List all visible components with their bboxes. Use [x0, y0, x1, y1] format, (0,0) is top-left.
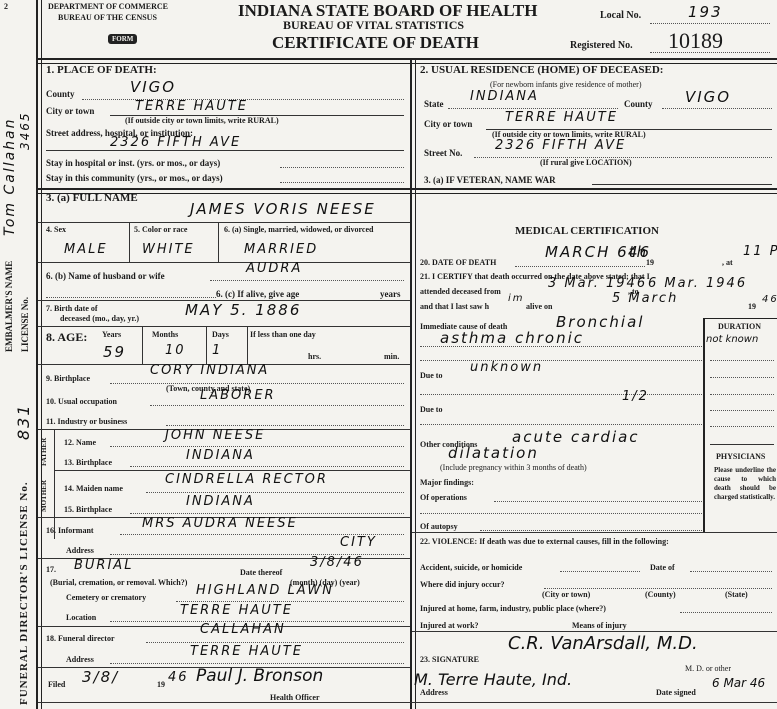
informant-label: 16. Informant [46, 526, 94, 535]
left-border [36, 0, 42, 709]
attended-label: attended deceased from [420, 287, 501, 296]
local-no-value: 193 [688, 3, 723, 21]
form-seal: FORM [108, 34, 137, 44]
disposition-date-value: 3/8/46 [310, 555, 364, 570]
injured-at-work-label: Injured at work? [420, 621, 479, 630]
age-label: 8. AGE: [46, 330, 87, 345]
where-state-note: (State) [725, 590, 748, 599]
funeral-director-label: 18. Funeral director [46, 634, 115, 643]
residence-county-label: County [624, 99, 653, 109]
years-label: years [380, 289, 401, 299]
father-birthplace-value: INDIANA [186, 448, 255, 463]
residence-city-value: TERRE HAUTE [505, 110, 618, 125]
full-name-value: JAMES VORIS NEESE [190, 200, 376, 218]
embalmer-license-label: LICENSE No. [20, 297, 30, 352]
due-to-label-1: Due to [420, 371, 442, 380]
birthplace-value: CORY INDIANA [150, 363, 269, 378]
physicians-note: Please underline the cause to which deat… [714, 466, 776, 502]
embalmer-license-value: 3465 [18, 111, 32, 150]
immediate-cause-value-2: asthma chronic [440, 329, 584, 347]
birth-date-label-2: deceased (mo., day, yr.) [60, 314, 139, 323]
physician-address-value: M. Terre Haute, Ind. [414, 670, 572, 689]
disposition-date-label: Date thereof [240, 568, 282, 577]
title-bureau: BUREAU OF VITAL STATISTICS [283, 18, 464, 33]
date-signed-value: 6 Mar 46 [712, 676, 765, 690]
filed-year-prefix: 19 [157, 680, 165, 689]
informant-address-label: Address [66, 546, 94, 555]
last-saw-label: and that I last saw h [420, 302, 489, 311]
age-years-value: 59 [103, 343, 126, 361]
sex-value: MALE [64, 242, 108, 257]
marital-label: 6. (a) Single, married, widowed, or divo… [224, 225, 404, 234]
mother-side-label: MOTHER [40, 480, 48, 512]
death-year-value: 46 [628, 243, 651, 261]
age-months-value: 10 [165, 343, 186, 358]
age-months-label: Months [152, 330, 178, 339]
industry-label: 11. Industry or business [46, 417, 127, 426]
location-value: TERRE HAUTE [180, 603, 293, 618]
disposition-type-note: (Burial, cremation, or removal. Which?) [50, 578, 187, 587]
embalmer-name-value: Tom Callahan [2, 117, 18, 236]
physician-address-label: Address [420, 688, 448, 697]
age-days-label: Days [212, 330, 229, 339]
cemetery-label: Cemetery or crematory [66, 593, 146, 602]
sex-label: 4. Sex [46, 225, 66, 234]
spouse-age-label: 6. (c) If alive, give age [216, 289, 299, 299]
operations-label: Of operations [420, 493, 467, 502]
residence-street-note: (If rural give LOCATION) [540, 158, 632, 167]
injured-at-label: Injured at home, farm, industry, public … [420, 604, 606, 613]
last-saw-value: 5 March [612, 291, 678, 306]
embalmer-name-label: EMBALMER'S NAME [4, 261, 14, 352]
physicians-header: PHYSICIANS [716, 452, 765, 461]
last-saw-year-value: 46 [762, 294, 777, 305]
location-label: Location [66, 613, 96, 622]
duration-header: DURATION [718, 322, 761, 331]
due-to-value-2: 1/2 [622, 389, 649, 404]
funeral-director-address-label: Address [66, 655, 94, 664]
stay-hospital-label: Stay in hospital or inst. (yrs. or mos.,… [46, 158, 220, 168]
residence-state-value: INDIANA [470, 89, 539, 104]
where-injury-label: Where did injury occur? [420, 580, 505, 589]
other-conditions-note: (Include pregnancy within 3 months of de… [440, 463, 587, 472]
duration-value: not known [706, 334, 758, 345]
where-county-note: (County) [645, 590, 676, 599]
where-city-note: (City or town) [542, 590, 590, 599]
other-conditions-value-2: dilatation [448, 444, 539, 462]
informant-value: MRS AUDRA NEESE [142, 516, 298, 531]
residence-heading: 2. USUAL RESIDENCE (HOME) OF DECEASED: [420, 64, 663, 76]
center-divider [410, 60, 416, 709]
filed-label: Filed [48, 680, 65, 689]
age-days-value: 1 [212, 343, 222, 358]
due-to-value-1: unknown [470, 360, 543, 375]
spouse-label: 6. (b) Name of husband or wife [46, 271, 165, 281]
corner-mark: 2 [4, 2, 8, 11]
registered-no-value: 10189 [668, 28, 723, 54]
filed-year-value: 46 [168, 670, 189, 685]
local-no-label: Local No. [600, 10, 641, 21]
death-street-value: 2326 FIFTH AVE [110, 135, 241, 150]
mother-birthplace-value: INDIANA [186, 494, 255, 509]
birthplace-label: 9. Birthplace [46, 374, 90, 383]
date-of-death-label: 20. DATE OF DEATH [420, 258, 496, 267]
age-years-label: Years [102, 330, 121, 339]
mother-name-value: CINDRELLA RECTOR [165, 472, 328, 487]
death-city-value: TERRE HAUTE [135, 99, 248, 114]
residence-city-label: City or town [424, 119, 472, 129]
min-label: min. [384, 352, 399, 361]
veteran-label: 3. (a) IF VETERAN, NAME WAR [424, 175, 556, 185]
signature-label: 23. SIGNATURE [420, 655, 479, 664]
violence-label: 22. VIOLENCE: If death was due to extern… [420, 537, 760, 546]
dept-line-2: BUREAU OF THE CENSUS [58, 13, 157, 22]
title-certificate: CERTIFICATE OF DEATH [272, 33, 479, 53]
funeral-director-address-value: TERRE HAUTE [190, 644, 303, 659]
means-of-injury-label: Means of injury [572, 621, 627, 630]
residence-state-label: State [424, 99, 444, 109]
marital-value: MARRIED [244, 242, 318, 257]
residence-county-value: VIGO [685, 88, 731, 106]
occupation-label: 10. Usual occupation [46, 397, 117, 406]
stay-community-label: Stay in this community (yrs., or mos., o… [46, 173, 223, 183]
accident-label: Accident, suicide, or homicide [420, 563, 522, 572]
race-value: WHITE [142, 242, 195, 257]
place-of-death-heading: 1. PLACE OF DEATH: [46, 64, 157, 76]
attended-to-value: 6 Mar. 1946 [648, 276, 747, 291]
filed-value: 3/8/ [82, 668, 119, 686]
spouse-value: AUDRA [246, 261, 302, 276]
physician-signature: C.R. VanArsdall, M.D. [508, 633, 698, 654]
alive-on-label: alive on [526, 302, 552, 311]
funeral-director-license-value: 831 [14, 403, 33, 440]
date-signed-label: Date signed [656, 688, 696, 697]
death-county-value: VIGO [130, 78, 176, 96]
disposition-type-value: BURIAL [74, 558, 133, 573]
disposition-number: 17. [46, 565, 56, 574]
last-saw-pronoun: im [508, 293, 525, 304]
medical-heading: MEDICAL CERTIFICATION [515, 225, 659, 237]
occupation-value: LABORER [200, 388, 276, 403]
health-officer-signature: Paul J. Bronson [196, 666, 323, 686]
birth-date-value: MAY 5. 1886 [185, 301, 301, 319]
registered-no-label: Registered No. [570, 40, 633, 51]
md-or-other-label: M. D. or other [685, 664, 731, 673]
residence-note: (For newborn infants give residence of m… [490, 80, 642, 89]
funeral-director-value: CALLAHAN [200, 622, 286, 637]
time-of-death-value: 11 P [743, 244, 777, 259]
death-county-label: County [46, 89, 75, 99]
father-birthplace-label: 13. Birthplace [64, 458, 112, 467]
mother-birthplace-label: 15. Birthplace [64, 505, 112, 514]
due-to-label-2: Due to [420, 405, 442, 414]
informant-address-value: CITY [340, 535, 377, 550]
death-city-label: City or town [46, 106, 94, 116]
dept-line-1: DEPARTMENT OF COMMERCE [48, 2, 168, 11]
mother-name-label: 14. Maiden name [64, 484, 123, 493]
hrs-label: hrs. [308, 352, 321, 361]
father-name-label: 12. Name [64, 438, 96, 447]
residence-street-value: 2326 FIFTH AVE [495, 138, 626, 153]
last-saw-year-prefix: 19 [748, 302, 756, 311]
death-city-note: (If outside city or town limits, write R… [125, 116, 279, 125]
father-side-label: FATHER [40, 438, 48, 466]
funeral-director-license-label: FUNERAL DIRECTOR'S LICENSE No. [18, 481, 30, 705]
health-officer-label: Health Officer [270, 693, 320, 702]
autopsy-label: Of autopsy [420, 522, 458, 531]
full-name-label: 3. (a) FULL NAME [46, 192, 138, 204]
at-label: , at [722, 258, 733, 267]
father-name-value: JOHN NEESE [165, 428, 265, 443]
cemetery-value: HIGHLAND LAWN [196, 583, 334, 598]
major-findings-label: Major findings: [420, 478, 474, 487]
age-less-day-label: If less than one day [250, 330, 316, 339]
birth-date-label-1: 7. Birth date of [46, 304, 98, 313]
race-label: 5. Color or race [134, 225, 187, 234]
date-of-injury-label: Date of [650, 563, 675, 572]
residence-street-label: Street No. [424, 148, 462, 158]
